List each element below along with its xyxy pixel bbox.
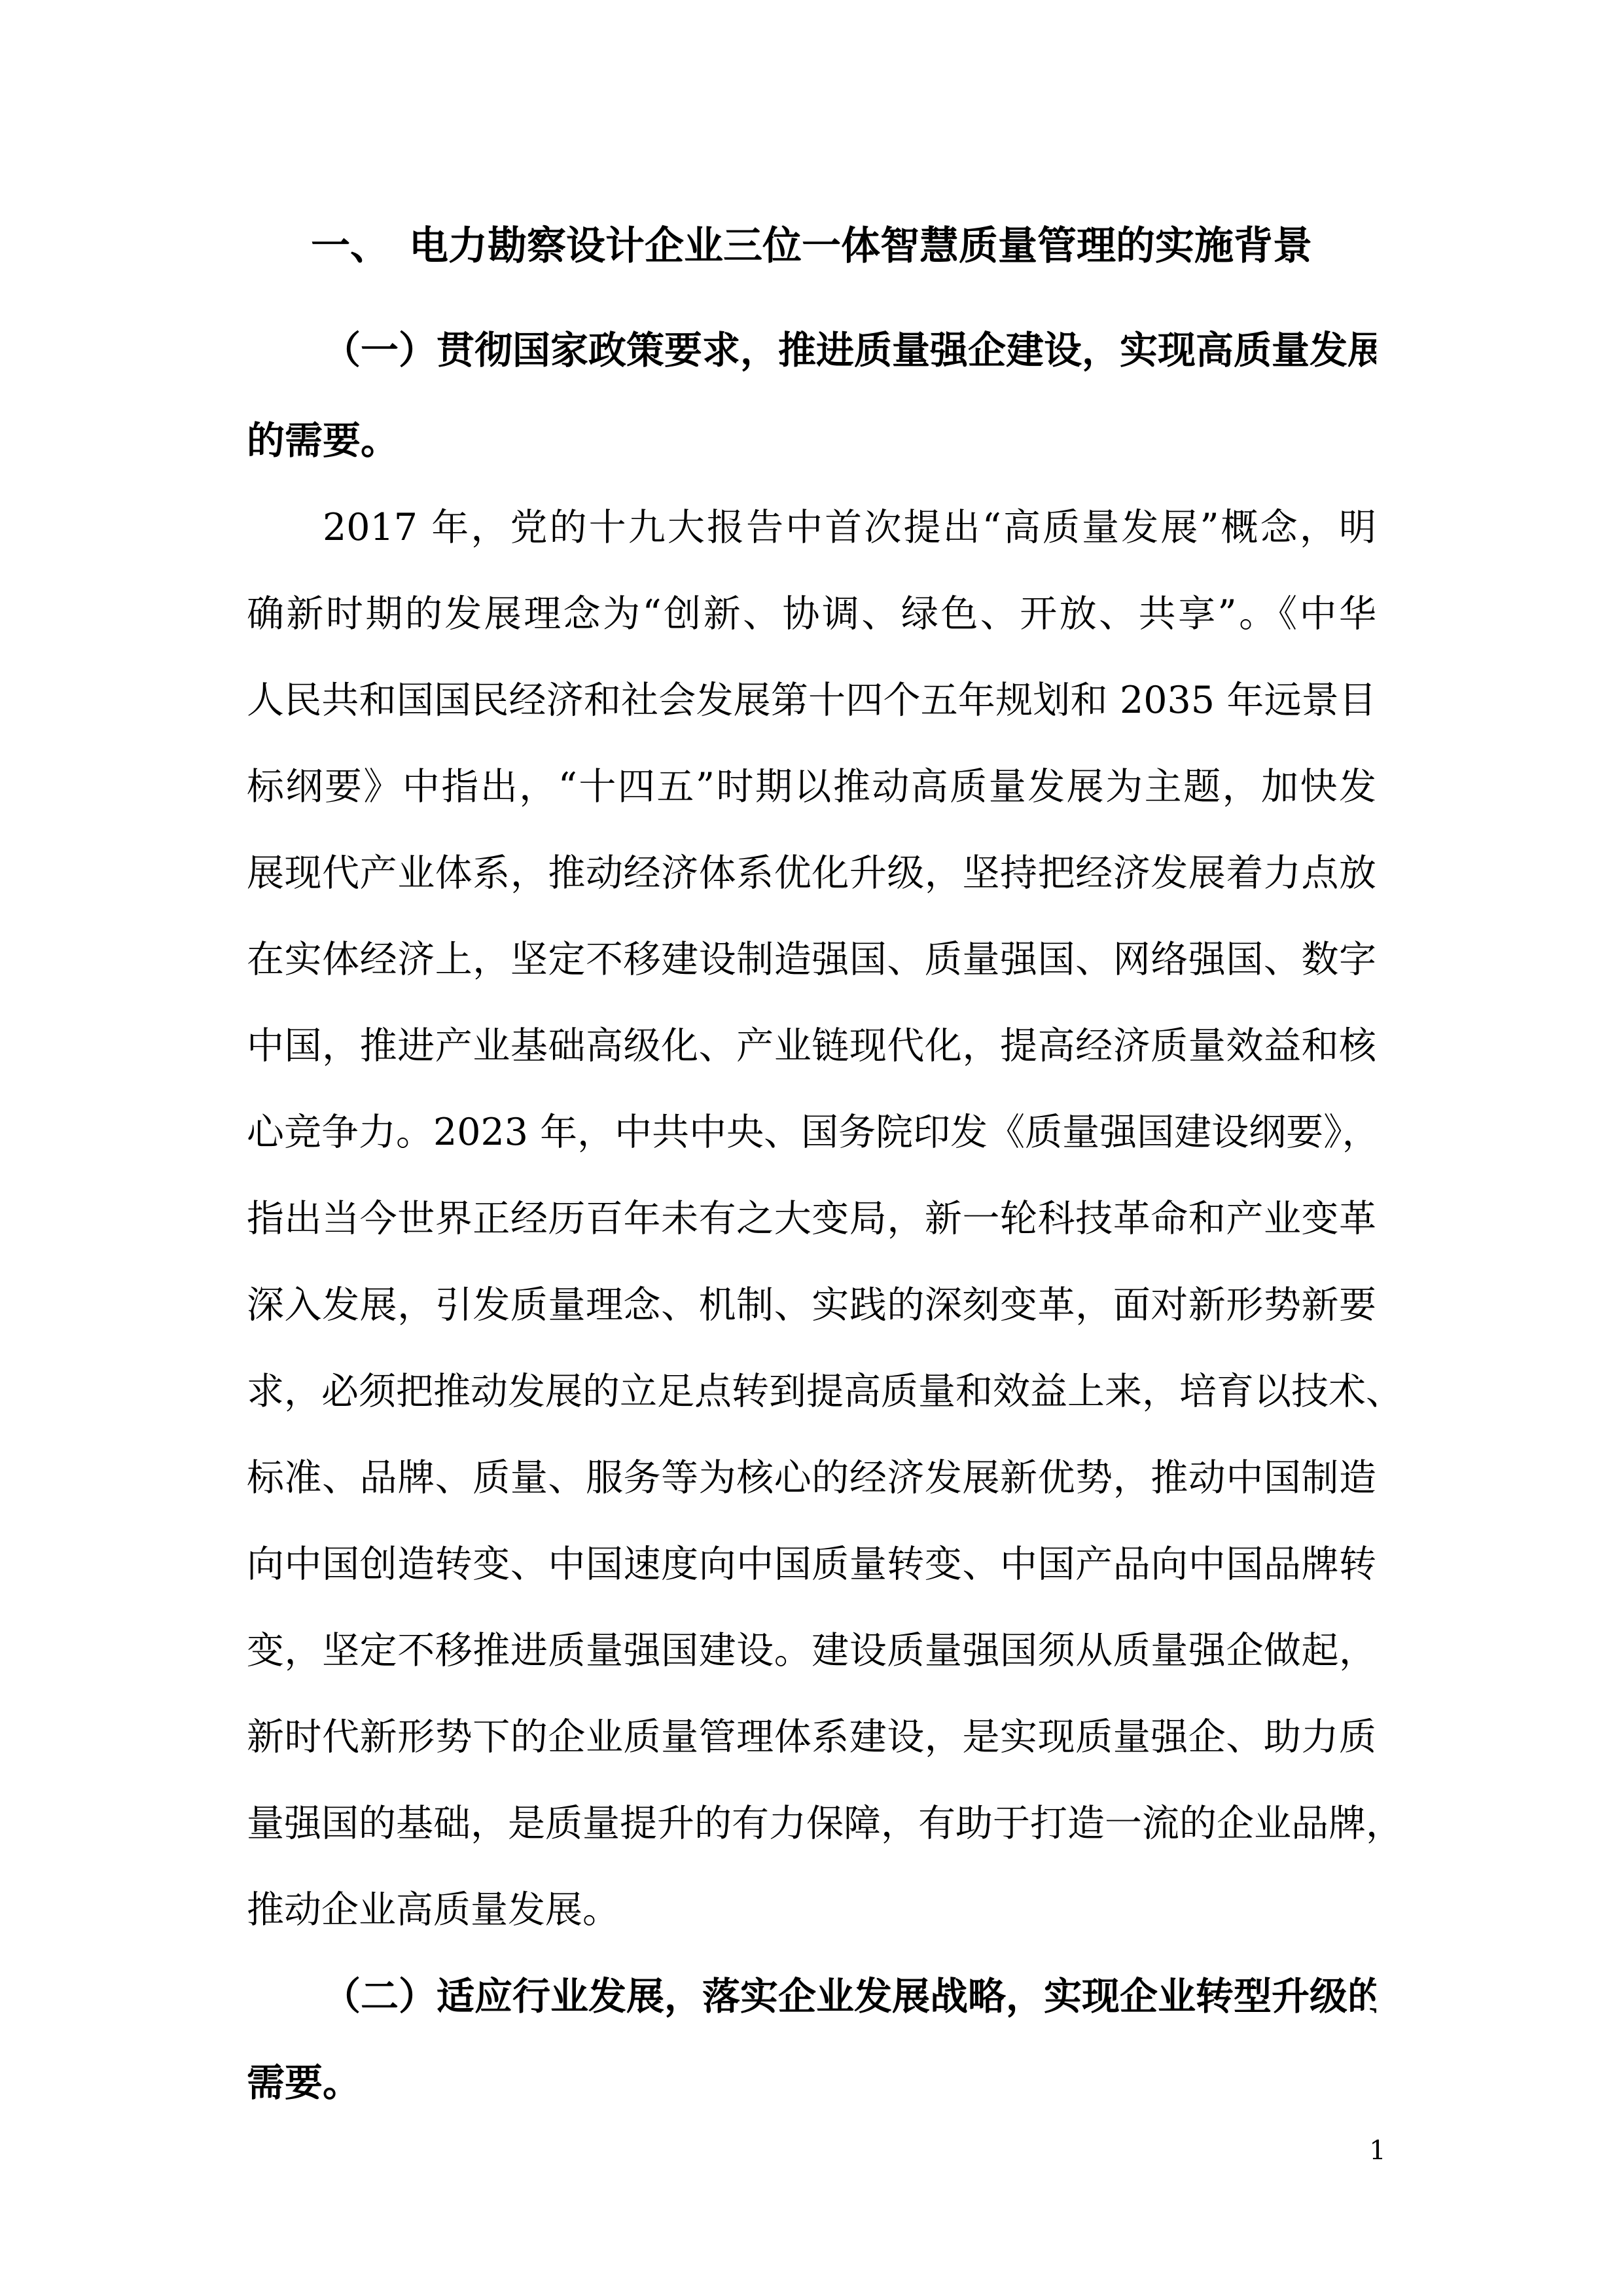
text-line: 深入发展，引发质量理念、机制、实践的深刻变革，面对新形势新要 [247,1262,1376,1348]
text-line: 展现代产业体系，推动经济体系优化升级，坚持把经济发展着力点放 [247,830,1376,916]
section-two-heading: （二）适应行业发展，落实企业发展战略，实现企业转型升级的需要。 [247,1953,1376,2126]
text-line: 2017 年，党的十九大报告中首次提出“高质量发展”概念，明 [247,484,1376,571]
text-line: （一）贯彻国家政策要求，推进质量强企建设，实现高质量发展 [247,305,1376,395]
document-page: 一、 电力勘察设计企业三位一体智慧质量管理的实施背景 （一）贯彻国家政策要求，推… [0,0,1623,2296]
text-line: 新时代新形势下的企业质量管理体系建设，是实现质量强企、助力质 [247,1694,1376,1780]
text-line: 向中国创造转变、中国速度向中国质量转变、中国产品向中国品牌转 [247,1521,1376,1607]
text-line: 需要。 [247,2039,1376,2126]
text-line: 求，必须把推动发展的立足点转到提高质量和效益上来，培育以技术、 [247,1348,1376,1435]
text-line: 标准、品牌、质量、服务等为核心的经济发展新优势，推动中国制造 [247,1435,1376,1521]
text-line: 在实体经济上，坚定不移建设制造强国、质量强国、网络强国、数字 [247,916,1376,1003]
text-line: 变，坚定不移推进质量强国建设。建设质量强国须从质量强企做起， [247,1607,1376,1694]
background-paragraph: 2017 年，党的十九大报告中首次提出“高质量发展”概念，明确新时期的发展理念为… [247,484,1376,1953]
text-line: （二）适应行业发展，落实企业发展战略，实现企业转型升级的 [247,1953,1376,2039]
text-line: 量强国的基础，是质量提升的有力保障，有助于打造一流的企业品牌， [247,1780,1376,1867]
section-one-heading: （一）贯彻国家政策要求，推进质量强企建设，实现高质量发展的需要。 [247,305,1376,486]
text-line: 确新时期的发展理念为“创新、协调、绿色、开放、共享”。《中华 [247,571,1376,657]
text-line: 推动企业高质量发展。 [247,1867,1376,1953]
text-line: 标纲要》中指出，“十四五”时期以推动高质量发展为主题，加快发 [247,744,1376,830]
text-line: 心竞争力。2023 年，中共中央、国务院印发《质量强国建设纲要》， [247,1089,1376,1175]
text-line: 指出当今世界正经历百年未有之大变局，新一轮科技革命和产业变革 [247,1175,1376,1262]
text-line: 的需要。 [247,395,1376,486]
chapter-heading: 一、 电力勘察设计企业三位一体智慧质量管理的实施背景 [247,203,1376,289]
text-line: 中国，推进产业基础高级化、产业链现代化，提高经济质量效益和核 [247,1003,1376,1089]
text-line: 人民共和国国民经济和社会发展第十四个五年规划和 2035 年远景目 [247,657,1376,744]
page-number: 1 [1358,2135,1397,2166]
